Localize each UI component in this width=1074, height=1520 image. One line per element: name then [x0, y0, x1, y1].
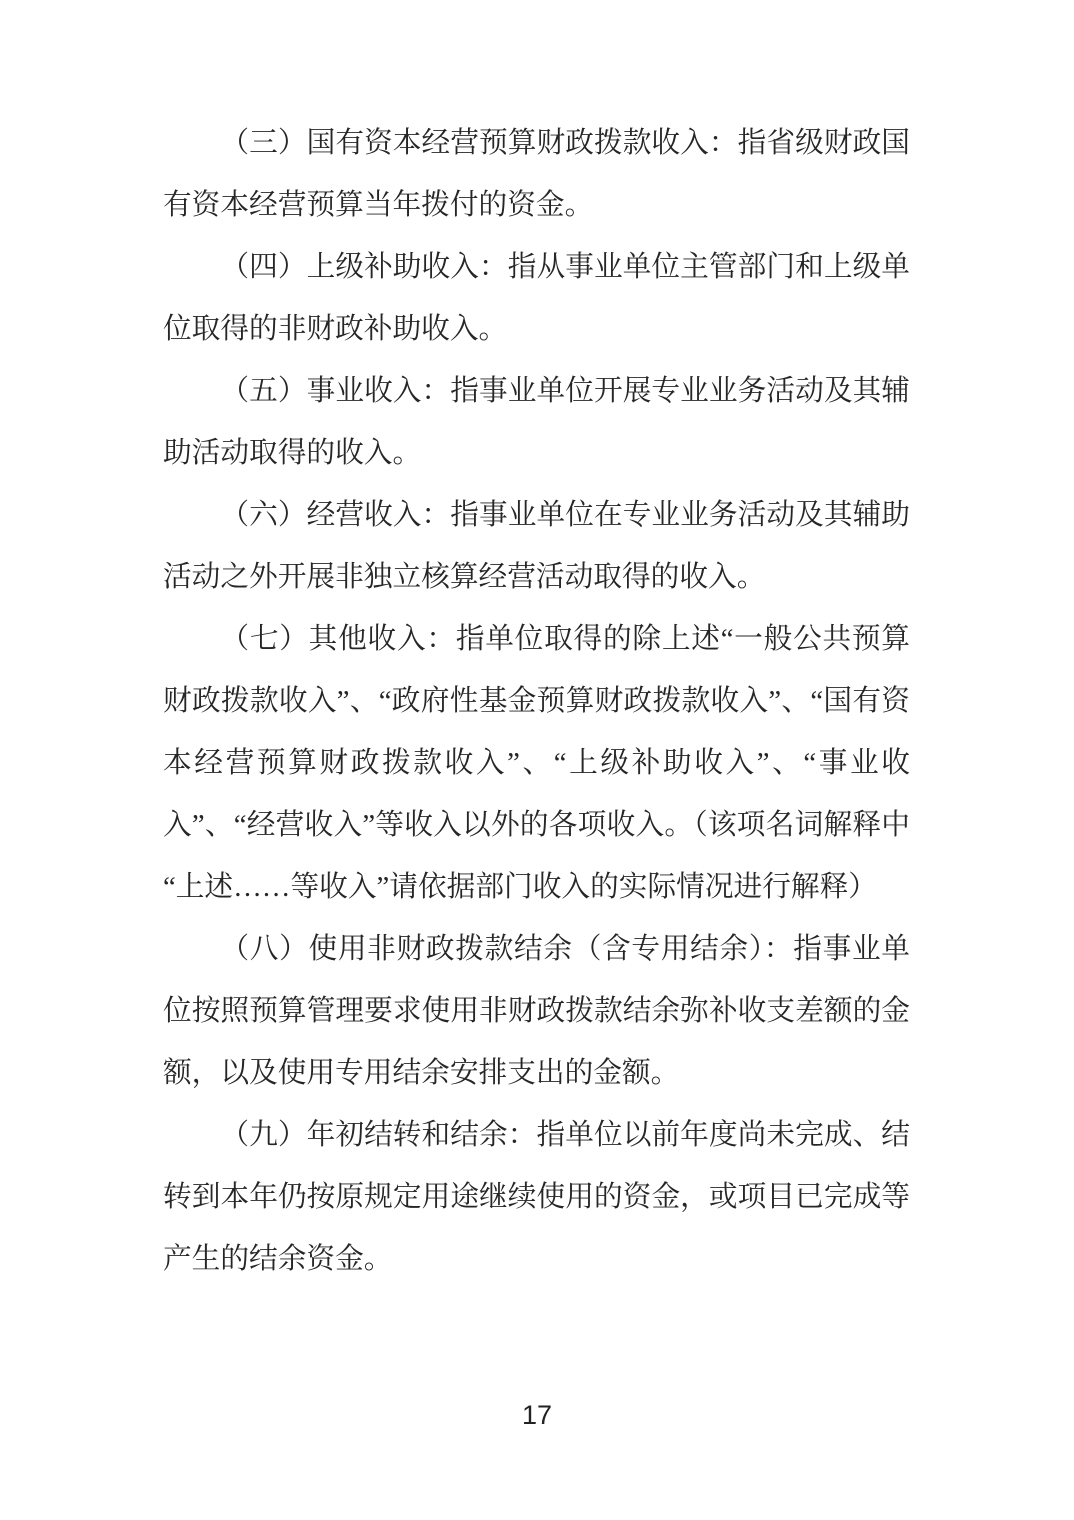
- page-footer: 17: [0, 1400, 1074, 1430]
- paragraph-item-5: （五）事业收入：指事业单位开展专业业务活动及其辅助活动取得的收入。: [163, 360, 910, 484]
- document-body: （三）国有资本经营预算财政拨款收入：指省级财政国有资本经营预算当年拨付的资金。 …: [163, 112, 910, 1290]
- paragraph-item-7: （七）其他收入：指单位取得的除上述“一般公共预算财政拨款收入”、“政府性基金预算…: [163, 608, 910, 918]
- paragraph-item-8: （八）使用非财政拨款结余（含专用结余）：指事业单位按照预算管理要求使用非财政拨款…: [163, 918, 910, 1104]
- paragraph-item-6: （六）经营收入：指事业单位在专业业务活动及其辅助活动之外开展非独立核算经营活动取…: [163, 484, 910, 608]
- paragraph-item-4: （四）上级补助收入：指从事业单位主管部门和上级单位取得的非财政补助收入。: [163, 236, 910, 360]
- paragraph-item-9: （九）年初结转和结余：指单位以前年度尚未完成、结转到本年仍按原规定用途继续使用的…: [163, 1104, 910, 1290]
- paragraph-item-3: （三）国有资本经营预算财政拨款收入：指省级财政国有资本经营预算当年拨付的资金。: [163, 112, 910, 236]
- document-page: （三）国有资本经营预算财政拨款收入：指省级财政国有资本经营预算当年拨付的资金。 …: [0, 0, 1074, 1520]
- page-number: 17: [522, 1400, 552, 1430]
